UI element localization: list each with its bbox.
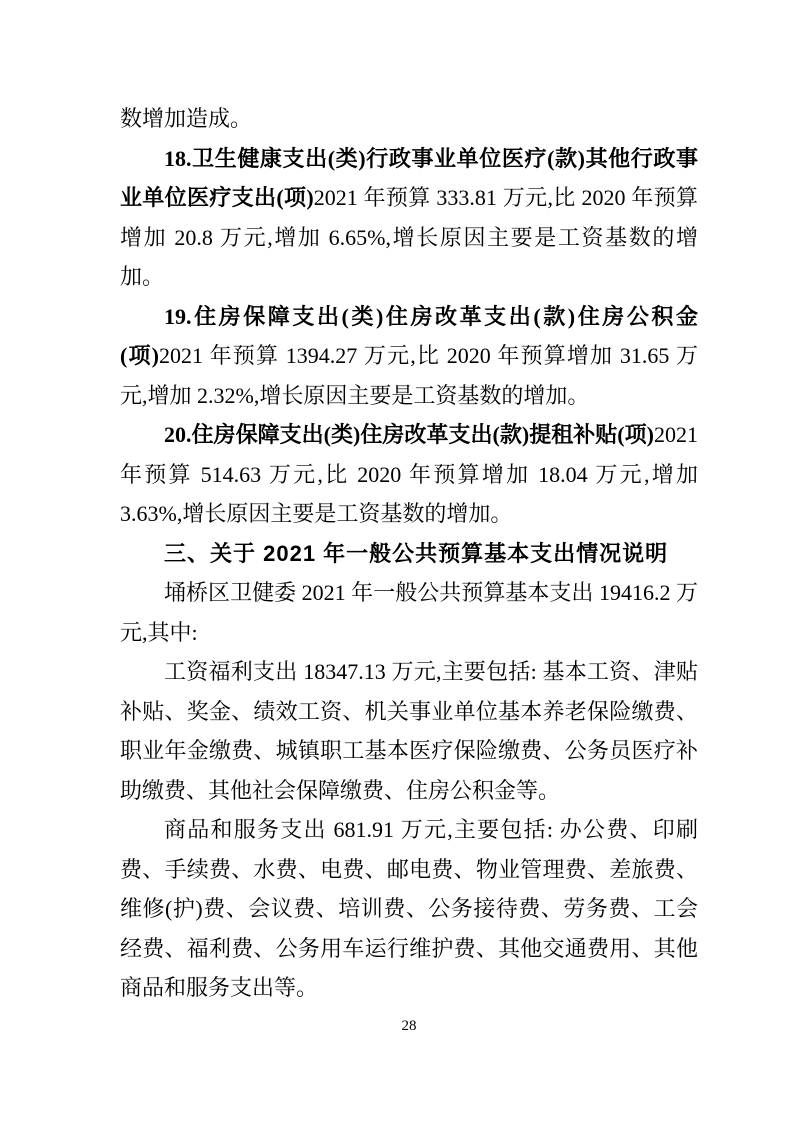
- paragraph-text: 数增加造成。: [120, 106, 252, 131]
- paragraph-body: 商品和服务支出 681.91 万元,主要包括: 办公费、印刷费、手续费、水费、电…: [120, 810, 698, 1008]
- paragraph-continuation: 数增加造成。: [120, 99, 698, 139]
- page-content: 数增加造成。 18.卫生健康支出(类)行政事业单位医疗(款)其他行政事业单位医疗…: [120, 99, 698, 1008]
- paragraph-item-19: 19.住房保障支出(类)住房改革支出(款)住房公积金(项)2021 年预算 13…: [120, 297, 698, 416]
- paragraph-body: 埇桥区卫健委 2021 年一般公共预算基本支出 19416.2 万元,其中:: [120, 573, 698, 652]
- paragraph-item-18: 18.卫生健康支出(类)行政事业单位医疗(款)其他行政事业单位医疗支出(项)20…: [120, 139, 698, 297]
- paragraph-item-20: 20.住房保障支出(类)住房改革支出(款)提租补贴(项)2021 年预算 514…: [120, 415, 698, 534]
- page-number: 28: [120, 1018, 698, 1035]
- section-heading-text: 三、关于 2021 年一般公共预算基本支出情况说明: [164, 541, 668, 566]
- paragraph-text: 工资福利支出 18347.13 万元,主要包括: 基本工资、津贴补贴、奖金、绩效…: [120, 659, 698, 803]
- section-heading: 三、关于 2021 年一般公共预算基本支出情况说明: [120, 534, 698, 574]
- paragraph-text: 商品和服务支出 681.91 万元,主要包括: 办公费、印刷费、手续费、水费、电…: [120, 817, 698, 1000]
- paragraph-text: 2021 年预算 1394.27 万元,比 2020 年预算增加 31.65 万…: [120, 343, 698, 408]
- item-heading: 20.住房保障支出(类)住房改革支出(款)提租补贴(项): [164, 422, 654, 447]
- paragraph-text: 埇桥区卫健委 2021 年一般公共预算基本支出 19416.2 万元,其中:: [120, 580, 698, 645]
- document-page: 数增加造成。 18.卫生健康支出(类)行政事业单位医疗(款)其他行政事业单位医疗…: [0, 0, 793, 1122]
- paragraph-body: 工资福利支出 18347.13 万元,主要包括: 基本工资、津贴补贴、奖金、绩效…: [120, 652, 698, 810]
